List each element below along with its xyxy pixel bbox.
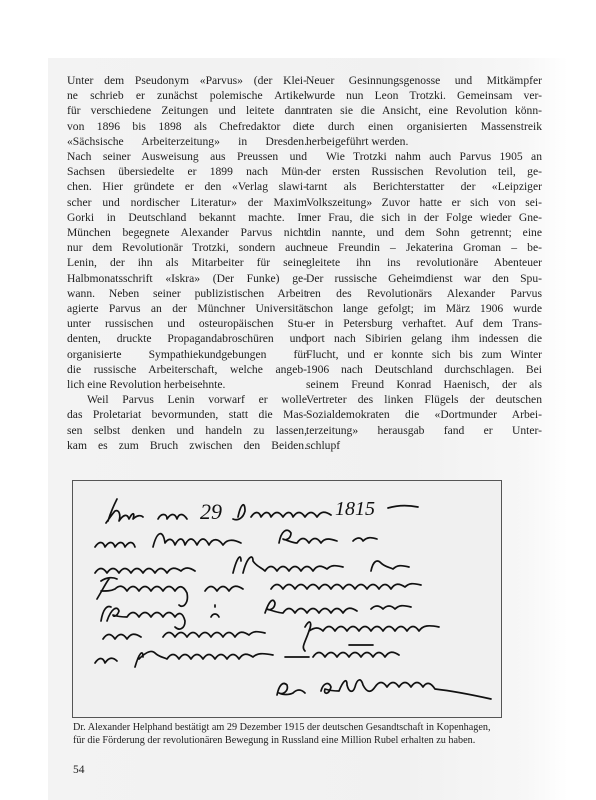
handwritten-receipt-figure: 29 1815 bbox=[72, 480, 502, 718]
text-line: die russische Arbeiterschaft, welche ang… bbox=[67, 362, 307, 377]
text-line: Weil Parvus Lenin vorwarf er wolle bbox=[67, 392, 307, 407]
text-line: das Proletariat bevormunden, statt die M… bbox=[67, 407, 307, 422]
text-line: wurde nun Leon Trotzki. Gemeinsam ver- bbox=[306, 88, 542, 103]
text-line: tarnt als Berichterstatter der «Leipzige… bbox=[306, 179, 542, 194]
text-line: scher und nordischer Literatur» der Maxi… bbox=[67, 195, 307, 210]
text-column-right: Neuer Gesinnungsgenosse und Mitkämpferwu… bbox=[306, 73, 542, 453]
text-line: chen. Hier gründete er den «Verlag slawi… bbox=[67, 179, 307, 194]
text-line: sen selbst denken und handeln zu lassen, bbox=[67, 423, 307, 438]
text-line: «Sächsische Arbeiterzeitung» in Dresden. bbox=[67, 134, 307, 149]
text-line: neue Freundin – Jekaterina Groman – be- bbox=[306, 240, 542, 255]
text-line: organisierte Sympathiekundgebungen für bbox=[67, 347, 307, 362]
text-line: Gorki in Deutschland bekannt machte. In bbox=[67, 210, 307, 225]
text-line: ner Frau, die sich in der Folge wieder G… bbox=[306, 210, 542, 225]
text-line: port nach Sibirien gelang ihm indessen d… bbox=[306, 331, 542, 346]
text-line: herbeigeführt werden. bbox=[306, 134, 542, 149]
text-line: kam es zum Bruch zwischen den Beiden. bbox=[67, 438, 307, 453]
text-line: für verschiedene Zeitungen und leitete d… bbox=[67, 103, 307, 118]
text-column-left: Unter dem Pseudonym «Parvus» (der Klei-n… bbox=[67, 73, 307, 453]
text-line: Sachsen übersiedelte er 1899 nach Mün- bbox=[67, 164, 307, 179]
text-line: ren des Revolutionärs Alexander Parvus bbox=[306, 286, 542, 301]
text-line: Halbmonatsschrift «Iskra» (Der Funke) ge… bbox=[67, 271, 307, 286]
figure-caption: Dr. Alexander Helphand bestätigt am 29 D… bbox=[73, 721, 513, 747]
text-line: Vertreter des linken Flügels der deutsch… bbox=[306, 392, 542, 407]
text-line: Wie Trotzki nahm auch Parvus 1905 an bbox=[306, 149, 542, 164]
text-line: gleitete ihn ins revolutionäre Abenteuer bbox=[306, 255, 542, 270]
text-line: Unter dem Pseudonym «Parvus» (der Klei- bbox=[67, 73, 307, 88]
handwriting-illustration: 29 1815 bbox=[73, 481, 503, 719]
text-line: Flucht, und er konnte sich bis zum Winte… bbox=[306, 347, 542, 362]
text-line: von 1896 bis 1898 als Chefredaktor die bbox=[67, 119, 307, 134]
text-line: ne schrieb er zunächst polemische Artike… bbox=[67, 88, 307, 103]
text-line: terzeitung» herausgab fand er Unter- bbox=[306, 423, 542, 438]
text-line: Lenin, der ihn als Mitarbeiter für seine bbox=[67, 255, 307, 270]
text-line: schlupf bbox=[306, 438, 542, 453]
text-line: seinem Freund Konrad Haenisch, der als bbox=[306, 377, 542, 392]
text-line: denten, druckte Propagandabroschüren und bbox=[67, 331, 307, 346]
caption-line-1: Dr. Alexander Helphand bestätigt am 29 D… bbox=[73, 721, 513, 734]
text-line: unter russischen und osteuropäischen Stu… bbox=[67, 316, 307, 331]
text-line: lich eine Revolution herbeisehnte. bbox=[67, 377, 307, 392]
svg-text:1815: 1815 bbox=[335, 498, 375, 520]
text-line: te durch einen organisierten Massenstrei… bbox=[306, 119, 542, 134]
text-line: Neuer Gesinnungsgenosse und Mitkämpfer bbox=[306, 73, 542, 88]
text-line: er in Petersburg verhaftet. Auf dem Tran… bbox=[306, 316, 542, 331]
text-line: traten sie die Ansicht, eine Revolution … bbox=[306, 103, 542, 118]
text-line: wann. Neben seiner publizistischen Arbei… bbox=[67, 286, 307, 301]
text-line: din nannte, und dem Sohn getrennt; eine bbox=[306, 225, 542, 240]
page-number: 54 bbox=[73, 764, 85, 776]
caption-line-2: für die Förderung der revolutionären Bew… bbox=[73, 734, 513, 747]
text-line: 1906 nach Deutschland durchschlagen. Bei bbox=[306, 362, 542, 377]
text-line: München begegnete Alexander Parvus nicht bbox=[67, 225, 307, 240]
text-line: schon lange gefolgt; im März 1906 wurde bbox=[306, 301, 542, 316]
svg-text:29: 29 bbox=[200, 499, 222, 524]
text-line: der ersten Russischen Revolution teil, g… bbox=[306, 164, 542, 179]
text-line: Nach seiner Ausweisung aus Preussen und bbox=[67, 149, 307, 164]
text-line: Der russische Geheimdienst war den Spu- bbox=[306, 271, 542, 286]
text-line: agierte Parvus an der Münchner Universit… bbox=[67, 301, 307, 316]
text-line: Volkszeitung» Zuvor hatte er sich von se… bbox=[306, 195, 542, 210]
text-line: Sozialdemokraten die «Dortmunder Arbei- bbox=[306, 407, 542, 422]
text-line: nur dem Revolutionär Trotzki, sondern au… bbox=[67, 240, 307, 255]
